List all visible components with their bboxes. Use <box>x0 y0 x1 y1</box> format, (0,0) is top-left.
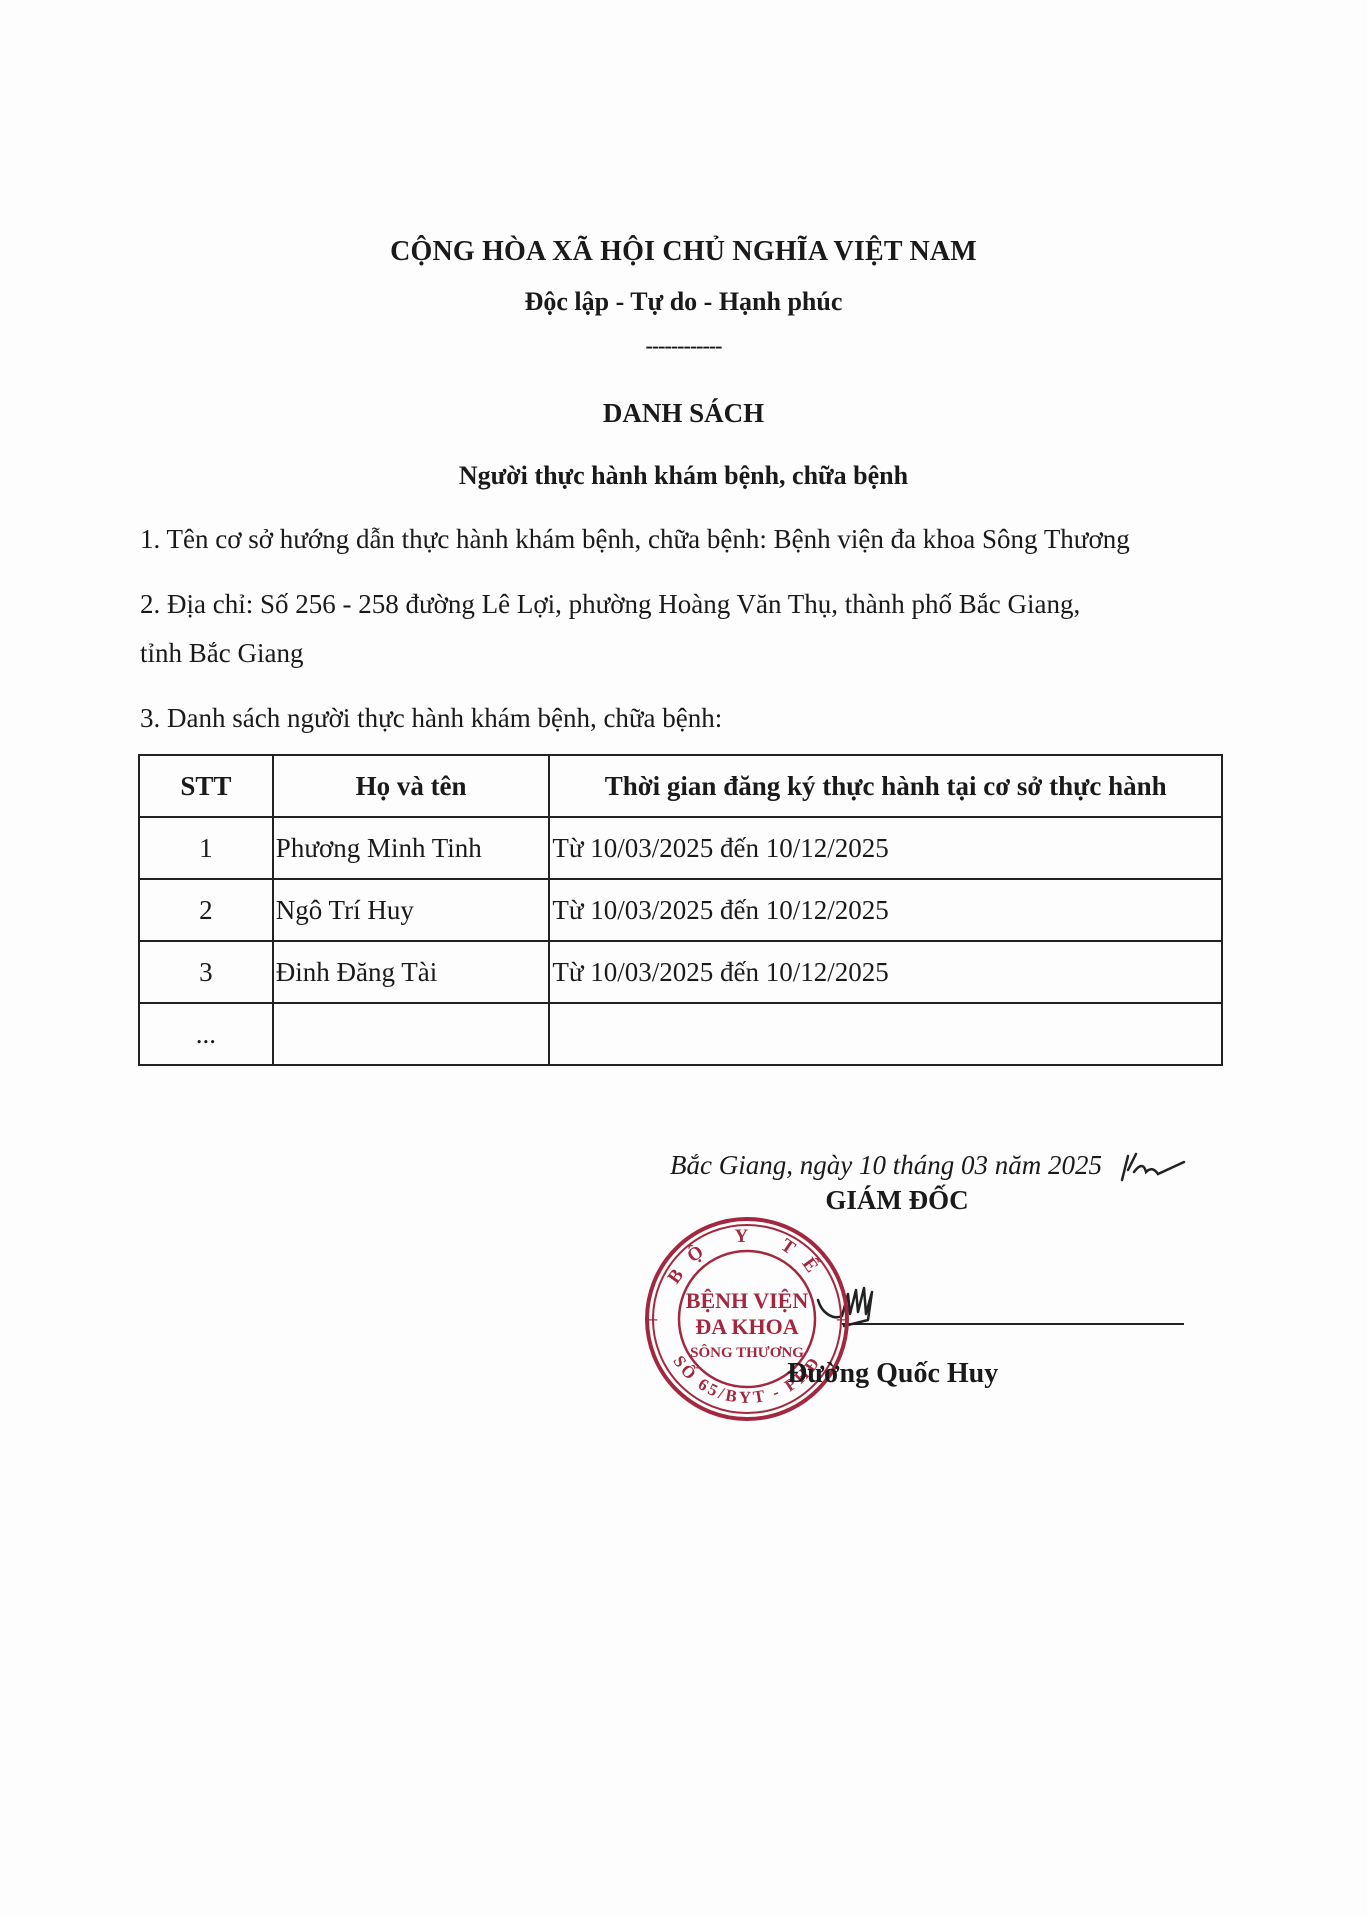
address-line-2: tỉnh Bắc Giang <box>140 638 303 669</box>
document-subtitle: Người thực hành khám bệnh, chữa bệnh <box>0 461 1367 491</box>
row-stt: 3 <box>139 941 273 1003</box>
nation-heading: CỘNG HÒA XÃ HỘI CHỦ NGHĨA VIỆT NAM <box>0 236 1367 268</box>
column-header-period: Thời gian đăng ký thực hành tại cơ sở th… <box>549 755 1222 817</box>
column-header-name: Họ và tên <box>273 755 550 817</box>
place-date: Bắc Giang, ngày 10 tháng 03 năm 2025 <box>670 1150 1102 1181</box>
table-row: 3 Đinh Đăng Tài Từ 10/03/2025 đến 10/12/… <box>139 941 1222 1003</box>
row-stt: 1 <box>139 817 273 879</box>
svg-text:BỆNH VIỆN: BỆNH VIỆN <box>686 1288 809 1313</box>
table-header-row: STT Họ và tên Thời gian đăng ký thực hàn… <box>139 755 1222 817</box>
svg-text:+: + <box>648 1310 658 1330</box>
table-row: 2 Ngô Trí Huy Từ 10/03/2025 đến 10/12/20… <box>139 879 1222 941</box>
row-period: Từ 10/03/2025 đến 10/12/2025 <box>549 941 1222 1003</box>
practitioners-table: STT Họ và tên Thời gian đăng ký thực hàn… <box>138 754 1223 1066</box>
table-row: 1 Phương Minh Tinh Từ 10/03/2025 đến 10/… <box>139 817 1222 879</box>
svg-text:ĐA KHOA: ĐA KHOA <box>695 1314 798 1339</box>
heading-divider: ------------ <box>0 333 1367 359</box>
address-line-1: 2. Địa chỉ: Số 256 - 258 đường Lê Lợi, p… <box>140 589 1080 620</box>
column-header-stt: STT <box>139 755 273 817</box>
row-stt: ... <box>139 1003 273 1065</box>
document-title: DANH SÁCH <box>0 398 1367 429</box>
row-name: Phương Minh Tinh <box>273 817 550 879</box>
signer-name: Đường Quốc Huy <box>787 1358 998 1390</box>
official-seal-icon: BỘ Y TẾ SỐ 65/BYT - PHĐ BỆNH VIỆN ĐA KHO… <box>640 1212 854 1426</box>
initials-mark-icon <box>1118 1150 1188 1190</box>
row-name: Đinh Đăng Tài <box>273 941 550 1003</box>
svg-text:+: + <box>836 1310 846 1330</box>
row-period: Từ 10/03/2025 đến 10/12/2025 <box>549 817 1222 879</box>
row-name: Ngô Trí Huy <box>273 879 550 941</box>
motto: Độc lập - Tự do - Hạnh phúc <box>0 287 1367 317</box>
table-row: ... <box>139 1003 1222 1065</box>
row-stt: 2 <box>139 879 273 941</box>
row-period <box>549 1003 1222 1065</box>
list-intro-line: 3. Danh sách người thực hành khám bệnh, … <box>140 703 722 734</box>
row-period: Từ 10/03/2025 đến 10/12/2025 <box>549 879 1222 941</box>
facility-name-line: 1. Tên cơ sở hướng dẫn thực hành khám bệ… <box>140 524 1130 555</box>
row-name <box>273 1003 550 1065</box>
svg-text:BỘ Y TẾ: BỘ Y TẾ <box>664 1226 831 1288</box>
